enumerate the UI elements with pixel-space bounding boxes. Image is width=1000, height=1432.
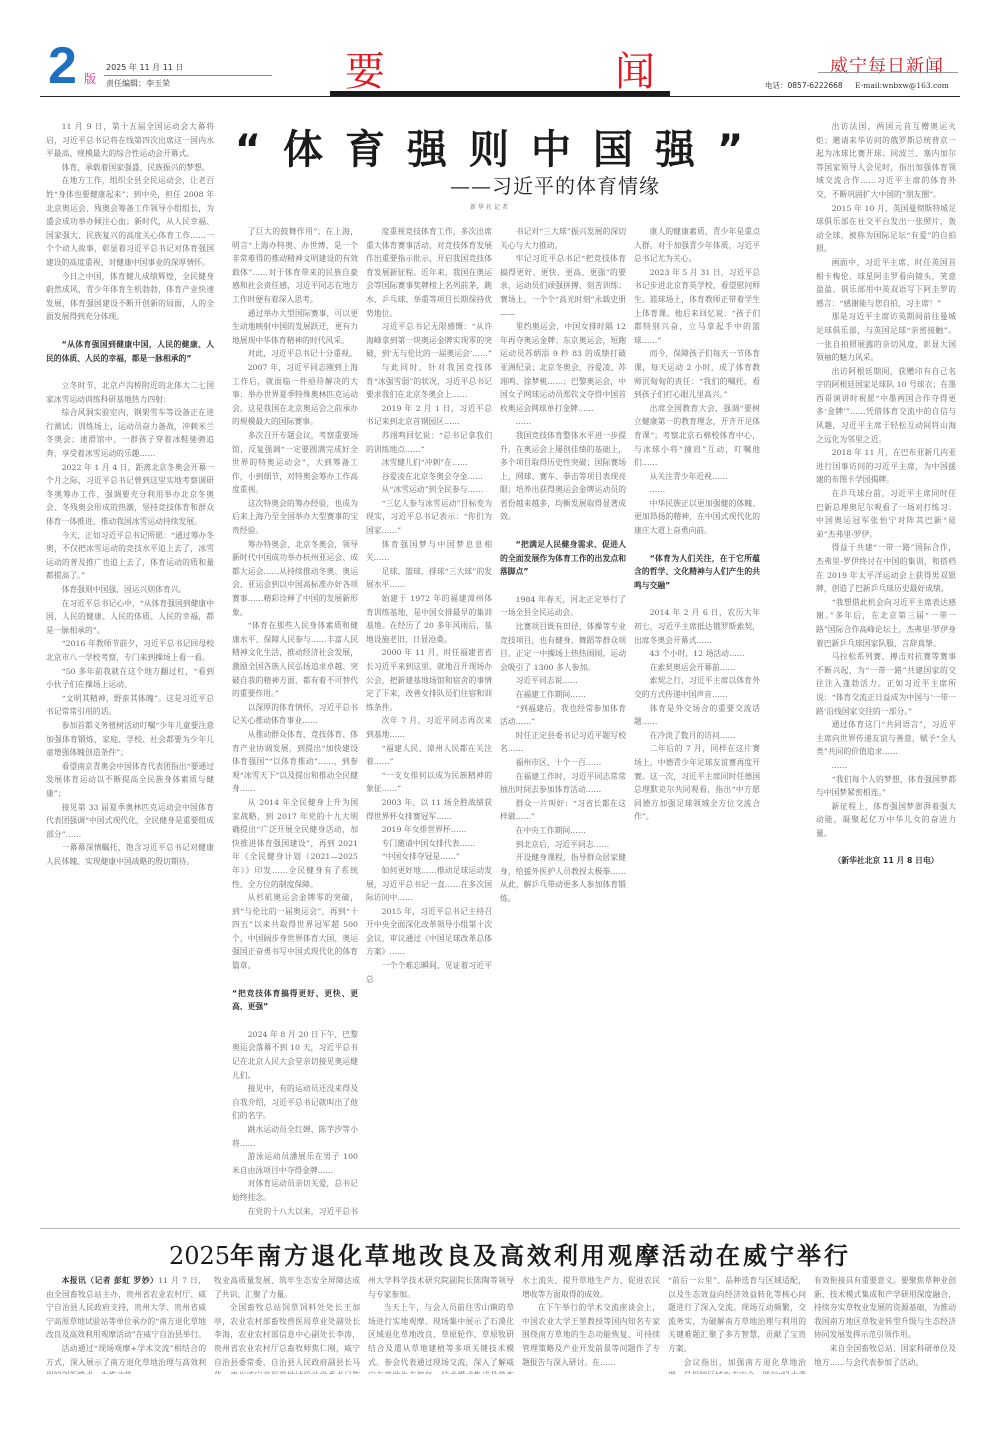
article-headline: “体育强则中国强” — [200, 118, 800, 175]
paragraph: 画面中，习近平主席、时任英国首相卡梅伦、球星阿圭罗看向镜头，笑意盈盈。俱乐部用中… — [816, 256, 956, 310]
section-subhead: “把满足人民健身需求、促进人的全面发展作为体育工作的出发点和落脚点” — [500, 538, 626, 579]
paragraph: 如何更好地……推动足球运动发展，习近平总书记一直……在多次国际访问中…… — [366, 864, 492, 905]
paragraph: 那是习近平主席访英期间前往曼城足球俱乐部，与英国足球“亲密接触”。一张自拍照展露… — [816, 310, 956, 364]
paragraph: 群众一片叫好：“习省长都在这样做……” — [500, 797, 626, 824]
paragraph: “文明其精神，野蛮其体魄”。这是习近平总书记常常引用的话。 — [46, 692, 214, 719]
masthead-rule — [40, 96, 960, 97]
paragraph: “福建人民、漳州人民都在关注着……” — [366, 742, 492, 769]
paragraph: 接见中，有的运动员还没来得及自我介绍，习近平总书记就叫出了他们的名字。 — [232, 1082, 358, 1123]
paragraph: 出席全国教育大会，强调“要树立健康第一的教育理念，开齐开足体育课”；考察北京石棉… — [634, 402, 760, 470]
paragraph: 这次特奥会的筹办经验，也成为后来上海乃至全国举办大型赛事的宝贵经验。 — [232, 497, 358, 538]
paragraph: 牧业高质量发展、筑牢生态安全屏障达成了共识、汇聚了力量。 — [214, 1274, 360, 1301]
paragraph: 看望南京青奥会中国体育代表团指出“要通过发展体育运动以不断提高全民族身体素质与健… — [46, 760, 214, 801]
article-dateline: （新华社北京 11 月 8 日电） — [816, 854, 956, 868]
newspaper-brand: 威宁每日新闻 — [830, 52, 944, 78]
paragraph: 马拉松系列赛、搏击对抗赛等赛事不断兴起，为“一带一路”共建国家的交往注入蓬勃活力… — [816, 650, 956, 718]
paragraph: 在乒乓球台前，习近平主席同时任巴新总理奥尼尔观看了一场对打练习：中国奥运冠军张怡… — [816, 487, 956, 541]
headline-year: 2025 — [169, 1242, 230, 1270]
paragraph: 参加首都义务植树活动叮嘱“少年儿童要注意加强体育锻炼，家庭、学校、社会都要为少年… — [46, 719, 214, 760]
paragraph: 体育强则中国强，国运兴则体育兴。 — [46, 583, 214, 597]
article-column-2: 了巨大的鼓舞作用”；在上海，明言“上海办特奥、办世博，是一个非常难得的推动精神文… — [232, 225, 358, 1220]
paragraph: 通过举办大型国际赛事，可以更生动地映射中国的发展跃迁，更有力地展现中华体育精神的… — [232, 307, 358, 348]
paragraph: 对体育运动员亲切关爱，总书记始终挂念。 — [232, 1177, 358, 1204]
article-column-1: 11 月 9 日，第十五届全国运动会大幕将启，习近平总书记将在线第四次出席这一国… — [46, 120, 214, 1220]
paragraph: “到福建后，我也经常参加体育活动……” — [500, 702, 626, 729]
paragraph: 习近平总书记无限感慨：“从许海峰拿到第一块奥运金牌实现零的突破，到‘无与伦比的一… — [366, 320, 492, 361]
paragraph: 接见第 33 届夏季奥林匹克运动会中国体育代表团强调“中国式现代化，全民健身是重… — [46, 801, 214, 842]
paragraph: 2007 年，习近平同志刚到上海工作后，就面临一件亟待解决的大事：举办世界夏季特… — [232, 361, 358, 429]
paragraph: 了巨大的鼓舞作用”；在上海，明言“上海办特奥、办世博，是一个非常难得的推动精神文… — [232, 225, 358, 307]
paragraph: 书记对“三大球”振兴发展的深切关心与大力推动。 — [500, 225, 626, 252]
paragraph: 在下午举行的学术交流座谈会上，中国农业大学王堃教授等国内知名专家围绕南方草地的生… — [522, 1301, 660, 1369]
paragraph: 出访阿根廷期间，获赠印有自己名字的阿根廷国家足球队 10 号球衣；在墨西哥演讲时… — [816, 365, 956, 447]
paragraph: 得益于共建“一带一路”国际合作，杰弗里·罗伊终讨在中国的集训，和搭档在 2019… — [816, 541, 956, 595]
paragraph: 体育，承载着国家强盛、民族振兴的梦想。 — [46, 161, 214, 175]
article2-column-1: 本报讯（记者 彭虹 罗妙）11 月 7 日，由全国畜牧总站主办，贵州省农业农村厅… — [46, 1274, 206, 1374]
paragraph: 2014 年 2 月 6 日，农历大年初七，习近平主席抵达俄罗斯索契，出席冬奥会… — [634, 606, 760, 647]
lead-label: 本报讯（记者 彭虹 罗妙） — [62, 1276, 159, 1285]
paragraph: 一幕幕深情瞩托，饱含习近平总书记对健康人民体魄、实现健康中国战略的殷切期待。 — [46, 841, 214, 868]
article2-column-3: 州大学科学技术研究院副院长陈陶等领导与专家参加。 当天上午，与会人员前往雪山镇的… — [368, 1274, 514, 1374]
article2-column-6: 有效衔接具有重要意义。要聚焦草种业创新、技术模式集成和产学研用深度融合，持续夯实… — [814, 1274, 956, 1374]
brand-underline — [818, 72, 958, 73]
paragraph: 次年 7 月，习近平同志再次来到基地…… — [366, 714, 492, 741]
paragraph: 始建于 1972 年的福建漳州体育训练基地，是中国女排最早的集训基地。在经历了 … — [366, 592, 492, 646]
paragraph: 会议指出，加强南方退化草地治理，是保障区域生态安全、践行“绿水青山就是金山银山”… — [668, 1356, 806, 1374]
paragraph: 索契之行，习近平主席以体育外交的方式传递中国声音…… — [634, 674, 760, 701]
paragraph: 一个个难忘瞬间，见证着习近平总 — [366, 959, 492, 986]
paragraph: “2016 年教师节前夕，习近平总书记回母校北京市八一学校考察，专门来到操场上看… — [46, 637, 214, 664]
paragraph: 习近平同志说…… — [500, 674, 626, 688]
paragraph: 州大学科学技术研究院副院长陈陶等领导与专家参加。 — [368, 1274, 514, 1301]
paragraph: 当天上午，与会人员前往雪山镇的草场进行实地观摩。现场集中展示了石漠化区域退化草地… — [368, 1301, 514, 1374]
contact-info: 电话：0857-6222668 E-mail:wnbxw@163.com — [765, 80, 949, 91]
page-number: 2 — [48, 40, 77, 92]
section-subhead: “体育为人们关注，在于它所蕴含的哲学、文化精神与人们产生的共鸣与交融” — [634, 552, 760, 593]
paragraph: 2019 年女排世界杯…… — [366, 823, 492, 837]
paragraph: 从杉矶奥运会金牌零的突破，到“与伦比的一届奥运会”，再到“十四五”以来共取得世界… — [232, 891, 358, 973]
paragraph: 43 个小时，12 场活动…… — [634, 647, 760, 661]
article-column-6: 出访法国，两国元首互赠奥运火炬；邀请来华访问的俄罗斯总统普京一起为冰球比赛开球；… — [816, 120, 956, 1220]
article-divider — [40, 1228, 960, 1229]
page-suffix: 版 — [84, 70, 96, 87]
paragraph: 从关注青少年近视…… — [634, 470, 760, 484]
paragraph: 2000 年 11 月，时任福建省省长习近平来到这里，就地召开现场办公会，把新建… — [366, 646, 492, 714]
paragraph: “一支女排何以成为民族精神的象征……” — [366, 769, 492, 796]
paragraph: 我国竞技体育整体水平进一步提升，在奥运会上屡创佳绩的基础上，多个项目取得历史性突… — [500, 429, 626, 524]
paragraph: 水土流失、提升草地生产力、促进农民增收等方面取得的成效。 — [522, 1274, 660, 1301]
paragraph: 2023 年 5 月 31 日，习近平总书记步进北京育英学校，看望慰问师生。篮球… — [634, 266, 760, 348]
paragraph: …… — [816, 759, 956, 773]
paragraph: 体育强国梦与中国梦息息相关…… — [366, 538, 492, 565]
paragraph: 在党的十八大以来，习近平总书记高度重视竞技体育工作…… — [232, 1205, 358, 1220]
paragraph: 2024 年 8 月 20 日下午，巴黎奥运会落幕不到 10 天，习近平总书记在… — [232, 1028, 358, 1082]
article-column-4: 书记对“三大球”振兴发展的深切关心与大力推动。 牢记习近平总书记“把竞技体育搞得… — [500, 225, 626, 1220]
article2-headline: 2025年南方退化草地改良及高效利用观摩活动在威宁举行 — [110, 1236, 910, 1271]
paragraph: 2015 年 10 月，英国曼彻斯特城足球俱乐部在社交平台发出一张照片，轰动全球… — [816, 202, 956, 256]
paragraph: 在习近平总书记心中，“从体育强国到健康中国，人民的健康、人民的体质、人民的幸福，… — [46, 597, 214, 638]
paragraph: 有效衔接具有重要意义。要聚焦草种业创新、技术模式集成和产学研用深度融合，持续夯实… — [814, 1274, 956, 1342]
editor-credit: 责任编辑：李玉荣 — [106, 78, 170, 89]
paragraph: “体育在那些人民身体素质和健康水平、保障人民参与……丰富人民精神文化生活，推动经… — [232, 619, 358, 701]
paragraph: 11 月 7 日，由全国畜牧总站主办，贵州省农业农村厅、威宁自治县人民政府支持，… — [46, 1276, 206, 1339]
paragraph: 在福建工作时，习近平同志常常抽出时间去参加体育活动…… — [500, 770, 626, 797]
paragraph: 比赛项目既有田径、体操等专业竞技项目，也有健身、舞蹈等群众项目。正定一中操场上热… — [500, 620, 626, 674]
paragraph: 今天，正如习近平总书记所愿：“通过筹办冬奥，不仅把冰雪运动的竞技水平追上去了，冰… — [46, 529, 214, 583]
paragraph: 从 2014 年全民健身上升为国家战略，到 2017 年党的十九大明确提出“广泛… — [232, 796, 358, 891]
paragraph: 1984 年春天，河北正定举行了一场全县全民运动会。 — [500, 593, 626, 620]
paragraph: 开设健身课程，指导群众居家健身，给援外医护人员教授太极拳……从此，解乒乓带动更多… — [500, 851, 626, 905]
paragraph: 时任正定县委书记习近平题写校名…… — [500, 729, 626, 756]
article2-column-5: “前后一公里”、品种选育与区域适配，以及生态效益向经济效益转化等核心问题进行了深… — [668, 1274, 806, 1374]
paragraph: 福州市区、十个一百…… — [500, 756, 626, 770]
paragraph: 2019 年 2 月 1 日，习近平总书记来到北京首钢园区…… — [366, 402, 492, 429]
paragraph: 康人的健康素质，青少年是重点人群。对于加强青少年体质，习近平总书记尤为关心。 — [634, 225, 760, 266]
paragraph: 来自全国畜牧总站、国家科研单位及地方……与会代表参加了活动。 — [814, 1342, 956, 1369]
paragraph: 牢记习近平总书记“把竞技体育搞得更好、更快、更高、更强”的要求，运动员们顽强拼搏… — [500, 252, 626, 320]
paragraph: 冰雪健儿们“冲刺”在…… — [366, 456, 492, 470]
paragraph: 在索契奥运会开幕前…… — [634, 661, 760, 675]
paragraph: “我想借此机会向习近平主席表达感谢。”多年后，在北京第三届“一带一路”国际合作高… — [816, 596, 956, 650]
paragraph: 在地方工作，组织全县全民运动会，让老百姓“身体也要健康起来”；到中央，担任 20… — [46, 174, 214, 269]
paragraph: 出访法国，两国元首互赠奥运火炬；邀请来华访问的俄罗斯总统普京一起为冰球比赛开球；… — [816, 120, 956, 202]
paragraph: 专门邀请中国女排代表…… — [366, 837, 492, 851]
paragraph: 从推动群众体育、竞技体育、体育产业协调发展，到提出“加快建设体育强国”“以体育推… — [232, 728, 358, 796]
phone-number: 电话：0857-6222668 — [765, 81, 843, 90]
paragraph: 到北京后，习近平同志…… — [500, 838, 626, 852]
paragraph: 谷爱凌在北京冬奥会夺金…… — [366, 470, 492, 484]
masthead-divider — [104, 75, 272, 76]
section-subhead: “把竞技体育搞得更好、更快、更高、更强” — [232, 987, 358, 1014]
article-subheadline: ——习近平的体育情缘 — [450, 170, 660, 199]
paragraph: 综合风洞实验室内，钢架雪车等设备正在进行测试；训练场上，运动员奋力备战，冲刺米兰… — [46, 406, 214, 460]
paragraph: 2015 年，习近平总书记主持召开中央全面深化改革领导小组第十次会议，审议通过《… — [366, 905, 492, 959]
paragraph: 对此，习近平总书记十分重视。 — [232, 347, 358, 361]
paragraph: “三亿人参与冰雪运动”目标变为现实，习近平总书记表示：“你们为国家……” — [366, 497, 492, 538]
paragraph: 2003 年、以 11 场全胜战绩获得世界杯女排赛冠军…… — [366, 796, 492, 823]
paragraph: 在中央工作期间…… — [500, 824, 626, 838]
paragraph: 苏翊鸣回忆说：“总书记拿我们的训练地点……” — [366, 429, 492, 456]
paragraph: 而今，保障孩子们每天一节体育课，每天运动 2 小时，成了体育教师沉甸甸的责任：“… — [634, 347, 760, 401]
paragraph: 里约奥运会，中国女排时隔 12 年再夺奥运金牌；东京奥运会，短跑运动员苏炳添 9… — [500, 320, 626, 415]
section-title-char-2: 闻 — [615, 40, 655, 97]
article2-column-2: 牧业高质量发展、筑牢生态安全屏障达成了共识、汇聚了力量。 全国畜牧总站饲草饲料处… — [214, 1274, 360, 1374]
paragraph: 体育是外交场合的重要交流话题…… — [634, 702, 760, 729]
paragraph: 筹办特奥会、北京冬奥会，领导新时代中国成功举办杭州亚运会、成都大运会……从持续推… — [232, 538, 358, 620]
paragraph: 足球、篮球、排球“三大球”的发展水平…… — [366, 565, 492, 592]
headline-text: 年南方退化草地改良及高效利用观摩活动在威宁举行 — [230, 1242, 851, 1270]
masthead-thick-rule — [330, 91, 670, 96]
paragraph: 立冬时节，北京卢沟桥附近的北体大二七国家冰雪运动训练科研基地热力四射： — [46, 379, 214, 406]
article2-column-4: 水土流失、提升草地生产力、促进农民增收等方面取得的成效。 在下午举行的学术交流座… — [522, 1274, 660, 1374]
paragraph: 2018 年 11 月，在巴布亚新几内亚进行国事访问的习近平主席，为中国援建的布… — [816, 446, 956, 487]
paragraph: “前后一公里”、品种选育与区域适配，以及生态效益向经济效益转化等核心问题进行了深… — [668, 1274, 806, 1356]
paragraph: 在冷淡了数月的访问…… — [634, 729, 760, 743]
paragraph: “50 多年前我就在这个地方翻过杠，“看到小伙子们在操场上运动。 — [46, 665, 214, 692]
article-column-5: 康人的健康素质，青少年是重点人群。对于加强青少年体质，习近平总书记尤为关心。 2… — [634, 225, 760, 1220]
paragraph: 从“冰雪运动”到全民参与…… — [366, 483, 492, 497]
section-title-char-1: 要 — [345, 40, 385, 97]
paragraph: 跳水运动员全红婵、陈芋汐等小将…… — [232, 1123, 358, 1150]
paragraph: 全国畜牧总站饲草饲料处处长王加亭，农业农村部畜牧兽医局草业处副处长李海，农业农村… — [214, 1301, 360, 1374]
paragraph: “中国女排夺冠是……” — [366, 850, 492, 864]
paragraph: 中华民族正以更加强健的体魄、更加昂扬的精神，在中国式现代化的康庄大道上奋勇向前。 — [634, 497, 760, 538]
issue-date: 2025 年 11 月 11 日 — [106, 62, 183, 73]
paragraph: …… — [634, 483, 760, 497]
paragraph: 度重视竞技体育工作，多次出席重大体育赛事活动，对竞技体育发展作出重要指示批示，开… — [366, 225, 492, 320]
paragraph: “我们每个人的梦想，体育强国梦都与中国梦紧密相连。” — [816, 773, 956, 800]
paragraph: 二年后的 7 月，同样在这片赛场上，中德青少年足球友谊赛再度开赛。这一次，习近平… — [634, 742, 760, 824]
paragraph: 11 月 9 日，第十五届全国运动会大幕将启，习近平总书记将在线第四次出席这一国… — [46, 120, 214, 161]
paragraph: …… — [500, 415, 626, 429]
paragraph: 新征程上，体育强国梦澎湃着强大动能，凝聚起亿万中华儿女的奋进力量。 — [816, 800, 956, 841]
article-column-3: 度重视竞技体育工作，多次出席重大体育赛事活动，对竞技体育发展作出重要指示批示，开… — [366, 225, 492, 1220]
paragraph: 多次召开专题会议，考察重要场馆，反复强调“一定要圆满完成好全世界的特奥运动会”，… — [232, 429, 358, 497]
article-byline: 新华社记者 — [470, 202, 510, 211]
paragraph: 2022 年 1 月 4 日，距离北京冬奥会开幕一个月之际，习近平总书记曾到这里… — [46, 461, 214, 529]
paragraph: 以深厚的体育情怀，习近平总书记关心推动体育事业…… — [232, 701, 358, 728]
paragraph: 游泳运动员潘展乐在男子 100 米自由泳项目中夺得金牌…… — [232, 1150, 358, 1177]
email-address[interactable]: E-mail:wnbxw@163.com — [855, 81, 949, 90]
paragraph: 今日之中国，体育健儿成绩辉煌，全民健身蔚然成风，青少年体育生机勃勃，体育产业快速… — [46, 270, 214, 324]
section-subhead: “从体育强国到健康中国，人民的健康、人民的体质、人民的幸福，都是一脉相承的” — [46, 338, 214, 365]
paragraph: 与此同时，针对我国竞技体育“冰强雪弱”的状况，习近平总书记要求我们在北京冬奥会上… — [366, 361, 492, 402]
paragraph: 通过体育这门“共同语言”，习近平主席向世界传递友谊与善意，赋予“全人类”共同的价… — [816, 718, 956, 759]
paragraph: 活动通过“现场观摩+学术交流”相结合的方式，深入展示了南方退化草地治理与高效利用… — [46, 1342, 206, 1374]
paragraph: 在福建工作期间…… — [500, 688, 626, 702]
